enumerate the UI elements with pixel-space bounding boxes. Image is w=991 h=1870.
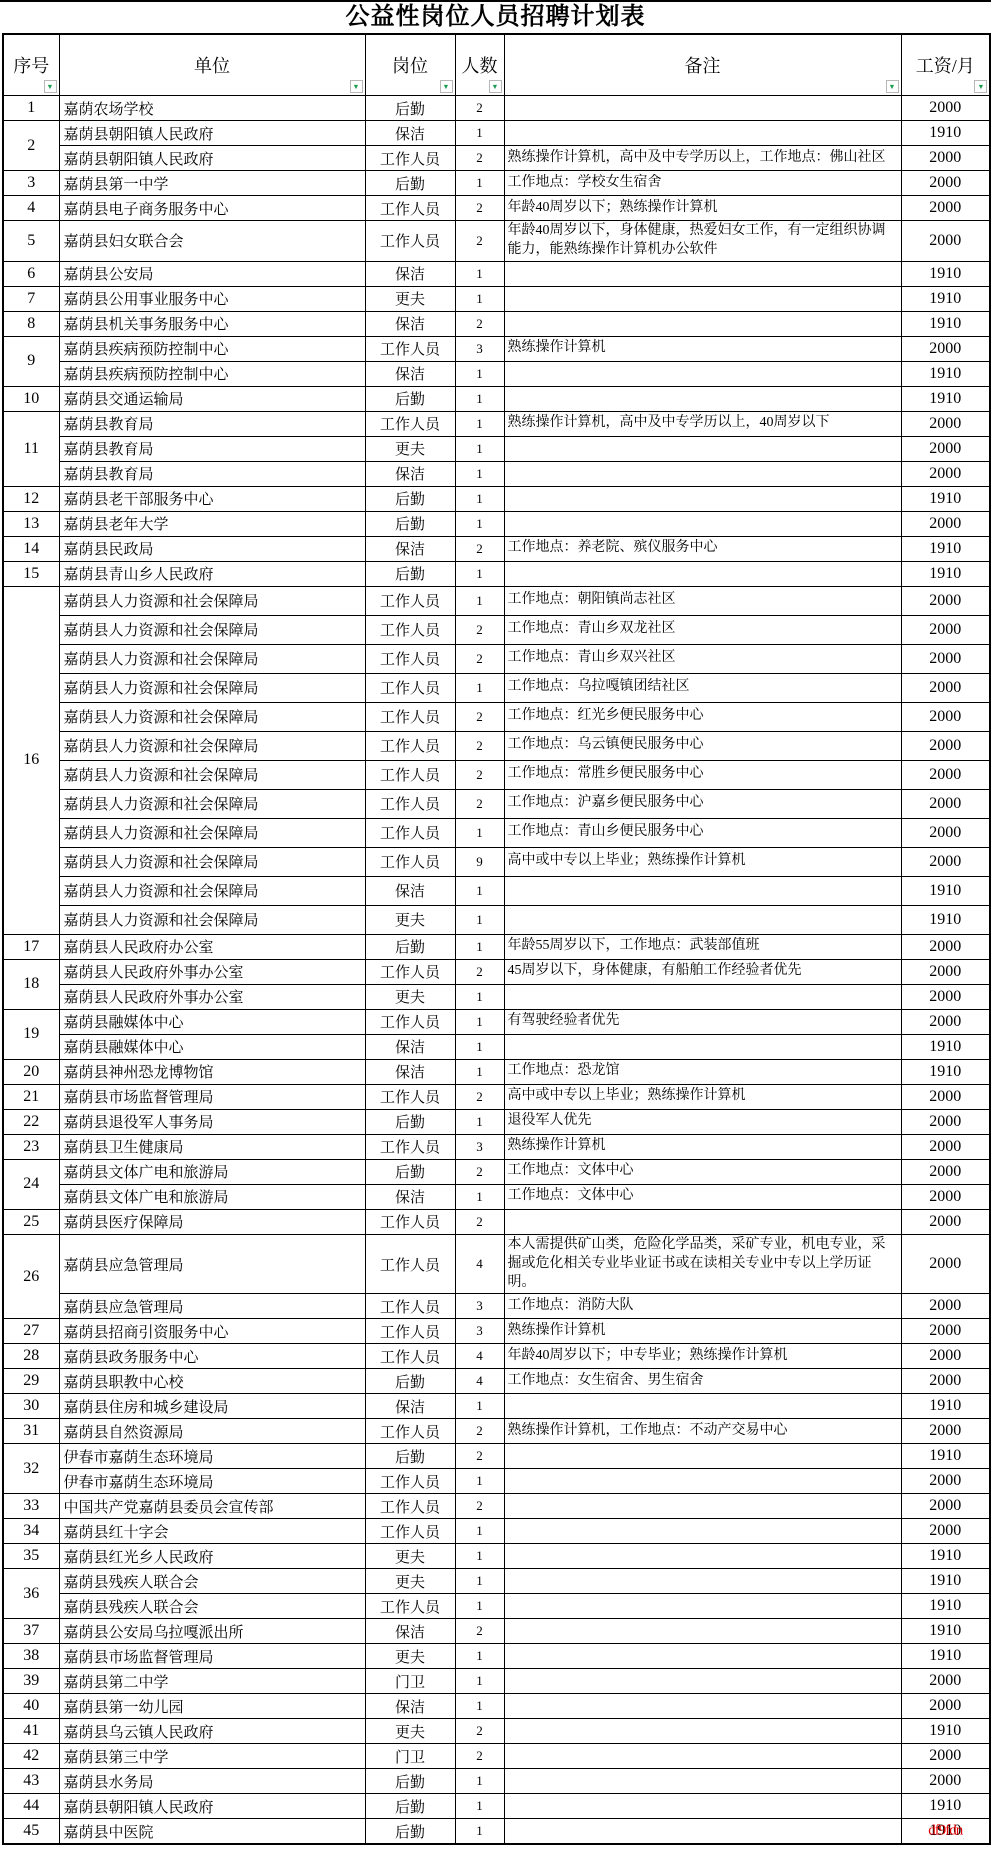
headcount-cell: 2	[455, 1619, 504, 1644]
note-cell: 工作地点：女生宿舍、男生宿舍	[504, 1369, 901, 1394]
note-cell: 工作地点：青山乡双兴社区	[504, 644, 901, 673]
table-row: 36嘉荫县残疾人联合会更夫11910	[3, 1569, 990, 1594]
table-row: 24嘉荫县文体广电和旅游局后勤2工作地点：文体中心2000	[3, 1159, 990, 1184]
note-cell	[504, 1034, 901, 1059]
unit-cell: 嘉荫县应急管理局	[59, 1294, 365, 1319]
table-row: 嘉荫县人民政府外事办公室更夫12000	[3, 984, 990, 1009]
headcount-cell: 1	[455, 1034, 504, 1059]
salary-cell: 2000	[901, 789, 990, 818]
headcount-cell: 1	[455, 1794, 504, 1819]
table-row: 45嘉荫县中医院后勤11910df9fdn	[3, 1819, 990, 1845]
salary-cell: 2000	[901, 731, 990, 760]
salary-cell: 1910	[901, 286, 990, 311]
header-row: 序号 ▼ 单位 ▼ 岗位 ▼ 人数 ▼ 备注 ▼	[3, 34, 990, 96]
row-index-cell: 38	[3, 1644, 59, 1669]
unit-cell: 嘉荫县老年大学	[59, 511, 365, 536]
header-cell-unit: 单位 ▼	[59, 34, 365, 96]
table-row: 4嘉荫县电子商务服务中心工作人员2年龄40周岁以下；熟练操作计算机2000	[3, 196, 990, 221]
post-cell: 工作人员	[365, 818, 455, 847]
unit-cell: 嘉荫县融媒体中心	[59, 1009, 365, 1034]
salary-cell: 1910	[901, 361, 990, 386]
salary-cell: 2000	[901, 1159, 990, 1184]
note-cell: 本人需提供矿山类，危险化学品类，采矿专业，机电专业，采掘或危化相关专业毕业证书或…	[504, 1234, 901, 1294]
note-cell: 工作地点：沪嘉乡便民服务中心	[504, 789, 901, 818]
post-cell: 后勤	[365, 1819, 455, 1845]
headcount-cell: 4	[455, 1234, 504, 1294]
salary-cell: 2000	[901, 1084, 990, 1109]
unit-cell: 伊春市嘉荫生态环境局	[59, 1469, 365, 1494]
table-row: 23嘉荫县卫生健康局工作人员3熟练操作计算机2000	[3, 1134, 990, 1159]
unit-cell: 嘉荫县退役军人事务局	[59, 1109, 365, 1134]
headcount-cell: 2	[455, 760, 504, 789]
row-index-cell: 22	[3, 1109, 59, 1134]
headcount-cell: 1	[455, 984, 504, 1009]
row-index-cell: 19	[3, 1009, 59, 1059]
post-cell: 工作人员	[365, 1134, 455, 1159]
table-row: 21嘉荫县市场监督管理局工作人员2高中或中专以上毕业；熟练操作计算机2000	[3, 1084, 990, 1109]
header-cell-no: 序号 ▼	[3, 34, 59, 96]
note-cell	[504, 905, 901, 934]
unit-cell: 嘉荫县公用事业服务中心	[59, 286, 365, 311]
post-cell: 更夫	[365, 984, 455, 1009]
salary-cell: 2000	[901, 673, 990, 702]
note-cell	[504, 1569, 901, 1594]
unit-cell: 嘉荫县人力资源和社会保障局	[59, 586, 365, 615]
unit-cell: 嘉荫县人力资源和社会保障局	[59, 760, 365, 789]
post-cell: 工作人员	[365, 1319, 455, 1344]
note-cell: 工作地点：养老院、殡仪服务中心	[504, 536, 901, 561]
table-row: 33中国共产党嘉荫县委员会宣传部工作人员22000	[3, 1494, 990, 1519]
post-cell: 更夫	[365, 1544, 455, 1569]
unit-cell: 嘉荫县人民政府办公室	[59, 934, 365, 959]
table-row: 嘉荫县人力资源和社会保障局工作人员2工作地点：青山乡双兴社区2000	[3, 644, 990, 673]
salary-cell: 2000	[901, 1369, 990, 1394]
header-label: 序号	[13, 56, 49, 76]
headcount-cell: 2	[455, 789, 504, 818]
table-row: 27嘉荫县招商引资服务中心工作人员3熟练操作计算机2000	[3, 1319, 990, 1344]
row-index-cell: 8	[3, 311, 59, 336]
salary-cell: 2000	[901, 171, 990, 196]
headcount-cell: 1	[455, 461, 504, 486]
headcount-cell: 1	[455, 121, 504, 146]
note-cell: 工作地点：文体中心	[504, 1159, 901, 1184]
header-label: 备注	[685, 56, 721, 76]
headcount-cell: 2	[455, 959, 504, 984]
unit-cell: 嘉荫县公安局	[59, 261, 365, 286]
post-cell: 工作人员	[365, 336, 455, 361]
salary-cell: 1910	[901, 1644, 990, 1669]
unit-cell: 嘉荫县疾病预防控制中心	[59, 336, 365, 361]
note-cell: 年龄40周岁以下；中专毕业；熟练操作计算机	[504, 1344, 901, 1369]
note-cell	[504, 1394, 901, 1419]
filter-dropdown-icon: ▼	[352, 83, 359, 90]
unit-cell: 嘉荫县中医院	[59, 1819, 365, 1845]
table-row: 11嘉荫县教育局工作人员1熟练操作计算机，高中及中专学历以上，40周岁以下200…	[3, 411, 990, 436]
row-index-cell: 42	[3, 1744, 59, 1769]
table-row: 嘉荫县人力资源和社会保障局更夫11910	[3, 905, 990, 934]
salary-cell: 2000	[901, 934, 990, 959]
post-cell: 后勤	[365, 1159, 455, 1184]
salary-cell: 1910	[901, 1594, 990, 1619]
row-index-cell: 15	[3, 561, 59, 586]
table-row: 2嘉荫县朝阳镇人民政府保洁11910	[3, 121, 990, 146]
note-cell	[504, 261, 901, 286]
post-cell: 工作人员	[365, 146, 455, 171]
filter-button[interactable]: ▼	[350, 80, 363, 93]
table-row: 42嘉荫县第三中学门卫22000	[3, 1744, 990, 1769]
headcount-cell: 1	[455, 586, 504, 615]
table-row: 嘉荫县人力资源和社会保障局工作人员9高中或中专以上毕业；熟练操作计算机2000	[3, 847, 990, 876]
unit-cell: 嘉荫县红光乡人民政府	[59, 1544, 365, 1569]
headcount-cell: 1	[455, 561, 504, 586]
unit-cell: 嘉荫县人力资源和社会保障局	[59, 818, 365, 847]
note-cell: 熟练操作计算机，高中及中专学历以上，40周岁以下	[504, 411, 901, 436]
note-cell: 高中或中专以上毕业；熟练操作计算机	[504, 1084, 901, 1109]
note-cell	[504, 511, 901, 536]
unit-cell: 嘉荫县朝阳镇人民政府	[59, 121, 365, 146]
filter-dropdown-icon: ▼	[491, 83, 498, 90]
row-index-cell: 44	[3, 1794, 59, 1819]
note-cell: 熟练操作计算机，高中及中专学历以上，工作地点：佛山社区	[504, 146, 901, 171]
unit-cell: 嘉荫县乌云镇人民政府	[59, 1719, 365, 1744]
row-index-cell: 21	[3, 1084, 59, 1109]
headcount-cell: 1	[455, 1644, 504, 1669]
unit-cell: 嘉荫县招商引资服务中心	[59, 1319, 365, 1344]
note-cell: 熟练操作计算机，工作地点：不动产交易中心	[504, 1419, 901, 1444]
note-cell	[504, 561, 901, 586]
unit-cell: 嘉荫农场学校	[59, 96, 365, 121]
post-cell: 保洁	[365, 461, 455, 486]
note-cell: 45周岁以下，身体健康，有船舶工作经验者优先	[504, 959, 901, 984]
headcount-cell: 4	[455, 1344, 504, 1369]
unit-cell: 嘉荫县人力资源和社会保障局	[59, 731, 365, 760]
note-cell: 工作地点：恐龙馆	[504, 1059, 901, 1084]
note-cell: 工作地点：朝阳镇尚志社区	[504, 586, 901, 615]
salary-cell: 2000	[901, 96, 990, 121]
salary-cell: 2000	[901, 336, 990, 361]
note-cell	[504, 121, 901, 146]
post-cell: 工作人员	[365, 1419, 455, 1444]
headcount-cell: 3	[455, 1319, 504, 1344]
unit-cell: 嘉荫县人力资源和社会保障局	[59, 905, 365, 934]
row-index-cell: 25	[3, 1209, 59, 1234]
unit-cell: 嘉荫县第一幼儿园	[59, 1694, 365, 1719]
unit-cell: 嘉荫县朝阳镇人民政府	[59, 146, 365, 171]
headcount-cell: 1	[455, 818, 504, 847]
salary-cell: 2000	[901, 1744, 990, 1769]
headcount-cell: 1	[455, 934, 504, 959]
headcount-cell: 1	[455, 261, 504, 286]
note-cell	[504, 96, 901, 121]
note-cell	[504, 486, 901, 511]
table-row: 19嘉荫县融媒体中心工作人员1有驾驶经验者优先2000	[3, 1009, 990, 1034]
post-cell: 工作人员	[365, 1009, 455, 1034]
unit-cell: 嘉荫县水务局	[59, 1769, 365, 1794]
headcount-cell: 2	[455, 1444, 504, 1469]
salary-cell: 1910	[901, 561, 990, 586]
note-cell: 年龄40周岁以下；熟练操作计算机	[504, 196, 901, 221]
row-index-cell: 4	[3, 196, 59, 221]
table-row: 嘉荫县应急管理局工作人员3工作地点：消防大队2000	[3, 1294, 990, 1319]
salary-cell: 1910	[901, 386, 990, 411]
post-cell: 工作人员	[365, 221, 455, 262]
unit-cell: 嘉荫县文体广电和旅游局	[59, 1184, 365, 1209]
table-row: 25嘉荫县医疗保障局工作人员22000	[3, 1209, 990, 1234]
salary-cell: 2000	[901, 760, 990, 789]
unit-cell: 嘉荫县民政局	[59, 536, 365, 561]
note-cell: 熟练操作计算机	[504, 336, 901, 361]
unit-cell: 嘉荫县教育局	[59, 461, 365, 486]
row-index-cell: 20	[3, 1059, 59, 1084]
note-cell	[504, 1769, 901, 1794]
note-cell	[504, 1744, 901, 1769]
row-index-cell: 16	[3, 586, 59, 934]
post-cell: 保洁	[365, 1184, 455, 1209]
row-index-cell: 12	[3, 486, 59, 511]
unit-cell: 中国共产党嘉荫县委员会宣传部	[59, 1494, 365, 1519]
table-row: 嘉荫县人力资源和社会保障局工作人员2工作地点：沪嘉乡便民服务中心2000	[3, 789, 990, 818]
table-row: 18嘉荫县人民政府外事办公室工作人员245周岁以下，身体健康，有船舶工作经验者优…	[3, 959, 990, 984]
salary-cell: 2000	[901, 644, 990, 673]
unit-cell: 嘉荫县红十字会	[59, 1519, 365, 1544]
unit-cell: 嘉荫县市场监督管理局	[59, 1644, 365, 1669]
row-index-cell: 37	[3, 1619, 59, 1644]
note-cell	[504, 876, 901, 905]
unit-cell: 嘉荫县市场监督管理局	[59, 1084, 365, 1109]
salary-cell: 2000	[901, 1234, 990, 1294]
post-cell: 保洁	[365, 361, 455, 386]
post-cell: 工作人员	[365, 1084, 455, 1109]
row-index-cell: 32	[3, 1444, 59, 1494]
table-row: 35嘉荫县红光乡人民政府更夫11910	[3, 1544, 990, 1569]
salary-cell: 1910	[901, 1059, 990, 1084]
table-row: 15嘉荫县青山乡人民政府后勤11910	[3, 561, 990, 586]
post-cell: 后勤	[365, 934, 455, 959]
row-index-cell: 7	[3, 286, 59, 311]
unit-cell: 嘉荫县卫生健康局	[59, 1134, 365, 1159]
header-cell-note: 备注 ▼	[504, 34, 901, 96]
post-cell: 保洁	[365, 876, 455, 905]
unit-cell: 嘉荫县第三中学	[59, 1744, 365, 1769]
headcount-cell: 1	[455, 673, 504, 702]
table-row: 5嘉荫县妇女联合会工作人员2年龄40周岁以下，身体健康，热爱妇女工作，有一定组织…	[3, 221, 990, 262]
post-cell: 门卫	[365, 1744, 455, 1769]
headcount-cell: 1	[455, 1569, 504, 1594]
post-cell: 后勤	[365, 171, 455, 196]
headcount-cell: 1	[455, 1394, 504, 1419]
unit-cell: 嘉荫县神州恐龙博物馆	[59, 1059, 365, 1084]
headcount-cell: 1	[455, 1694, 504, 1719]
row-index-cell: 33	[3, 1494, 59, 1519]
unit-cell: 嘉荫县人力资源和社会保障局	[59, 876, 365, 905]
table-header: 序号 ▼ 单位 ▼ 岗位 ▼ 人数 ▼ 备注 ▼	[3, 34, 990, 96]
salary-cell: 1910	[901, 1794, 990, 1819]
table-row: 嘉荫县人力资源和社会保障局保洁11910	[3, 876, 990, 905]
post-cell: 门卫	[365, 1669, 455, 1694]
table-row: 16嘉荫县人力资源和社会保障局工作人员1工作地点：朝阳镇尚志社区2000	[3, 586, 990, 615]
row-index-cell: 18	[3, 959, 59, 1009]
post-cell: 工作人员	[365, 789, 455, 818]
post-cell: 保洁	[365, 1619, 455, 1644]
note-cell	[504, 1209, 901, 1234]
row-index-cell: 23	[3, 1134, 59, 1159]
post-cell: 工作人员	[365, 959, 455, 984]
table-row: 26嘉荫县应急管理局工作人员4本人需提供矿山类，危险化学品类，采矿专业，机电专业…	[3, 1234, 990, 1294]
salary-cell: 2000	[901, 586, 990, 615]
note-cell: 工作地点：文体中心	[504, 1184, 901, 1209]
headcount-cell: 1	[455, 361, 504, 386]
post-cell: 工作人员	[365, 760, 455, 789]
table-row: 28嘉荫县政务服务中心工作人员4年龄40周岁以下；中专毕业；熟练操作计算机200…	[3, 1344, 990, 1369]
salary-cell: 1910	[901, 905, 990, 934]
row-index-cell: 28	[3, 1344, 59, 1369]
table-row: 14嘉荫县民政局保洁2工作地点：养老院、殡仪服务中心1910	[3, 536, 990, 561]
salary-cell: 1910	[901, 1544, 990, 1569]
table-row: 32伊春市嘉荫生态环境局后勤21910	[3, 1444, 990, 1469]
post-cell: 保洁	[365, 261, 455, 286]
salary-cell: 1910	[901, 1719, 990, 1744]
table-row: 13嘉荫县老年大学后勤12000	[3, 511, 990, 536]
headcount-cell: 9	[455, 847, 504, 876]
note-cell	[504, 361, 901, 386]
recruitment-plan-sheet: 公益性岗位人员招聘计划表 序号 ▼ 单位 ▼ 岗位 ▼	[0, 0, 991, 1845]
table-row: 嘉荫县融媒体中心保洁11910	[3, 1034, 990, 1059]
headcount-cell: 1	[455, 1544, 504, 1569]
table-row: 嘉荫县疾病预防控制中心保洁11910	[3, 361, 990, 386]
note-cell	[504, 984, 901, 1009]
salary-cell: 2000	[901, 1209, 990, 1234]
headcount-cell: 2	[455, 146, 504, 171]
table-row: 43嘉荫县水务局后勤12000	[3, 1769, 990, 1794]
note-cell	[504, 1669, 901, 1694]
unit-cell: 嘉荫县人力资源和社会保障局	[59, 673, 365, 702]
post-cell: 工作人员	[365, 1234, 455, 1294]
unit-cell: 嘉荫县妇女联合会	[59, 221, 365, 262]
red-watermark-text: df9fdn	[928, 1823, 962, 1840]
unit-cell: 嘉荫县人民政府外事办公室	[59, 959, 365, 984]
row-index-cell: 43	[3, 1769, 59, 1794]
post-cell: 后勤	[365, 511, 455, 536]
salary-cell: 2000	[901, 221, 990, 262]
unit-cell: 嘉荫县人力资源和社会保障局	[59, 644, 365, 673]
filter-button[interactable]: ▼	[974, 80, 987, 93]
salary-cell: 1910	[901, 1569, 990, 1594]
filter-button[interactable]: ▼	[886, 80, 899, 93]
headcount-cell: 1	[455, 1769, 504, 1794]
table-row: 嘉荫县人力资源和社会保障局工作人员2工作地点：常胜乡便民服务中心2000	[3, 760, 990, 789]
post-cell: 保洁	[365, 536, 455, 561]
row-index-cell: 26	[3, 1234, 59, 1319]
unit-cell: 嘉荫县残疾人联合会	[59, 1594, 365, 1619]
salary-cell: 2000	[901, 1009, 990, 1034]
note-cell	[504, 436, 901, 461]
unit-cell: 嘉荫县自然资源局	[59, 1419, 365, 1444]
salary-cell: 1910df9fdn	[901, 1819, 990, 1845]
salary-cell: 2000	[901, 1134, 990, 1159]
row-index-cell: 29	[3, 1369, 59, 1394]
salary-cell: 1910	[901, 536, 990, 561]
headcount-cell: 1	[455, 1819, 504, 1845]
post-cell: 更夫	[365, 1719, 455, 1744]
headcount-cell: 1	[455, 511, 504, 536]
top-divider	[0, 0, 991, 2]
unit-cell: 嘉荫县政务服务中心	[59, 1344, 365, 1369]
row-index-cell: 34	[3, 1519, 59, 1544]
row-index-cell: 30	[3, 1394, 59, 1419]
salary-cell: 2000	[901, 959, 990, 984]
filter-button[interactable]: ▼	[489, 80, 502, 93]
header-label: 单位	[194, 56, 230, 76]
headcount-cell: 1	[455, 411, 504, 436]
note-cell	[504, 1469, 901, 1494]
table-row: 40嘉荫县第一幼儿园保洁12000	[3, 1694, 990, 1719]
unit-cell: 嘉荫县青山乡人民政府	[59, 561, 365, 586]
note-cell	[504, 1644, 901, 1669]
unit-cell: 嘉荫县融媒体中心	[59, 1034, 365, 1059]
note-cell: 工作地点：青山乡双龙社区	[504, 615, 901, 644]
unit-cell: 嘉荫县第一中学	[59, 171, 365, 196]
post-cell: 工作人员	[365, 615, 455, 644]
recruitment-table: 序号 ▼ 单位 ▼ 岗位 ▼ 人数 ▼ 备注 ▼	[2, 33, 991, 1845]
salary-cell: 2000	[901, 702, 990, 731]
note-cell: 高中或中专以上毕业；熟练操作计算机	[504, 847, 901, 876]
table-row: 嘉荫县残疾人联合会工作人员11910	[3, 1594, 990, 1619]
header-cell-post: 岗位 ▼	[365, 34, 455, 96]
headcount-cell: 2	[455, 96, 504, 121]
salary-cell: 2000	[901, 1494, 990, 1519]
post-cell: 后勤	[365, 1794, 455, 1819]
headcount-cell: 1	[455, 171, 504, 196]
row-index-cell: 36	[3, 1569, 59, 1619]
note-cell	[504, 1619, 901, 1644]
table-row: 22嘉荫县退役军人事务局后勤1退役军人优先2000	[3, 1109, 990, 1134]
note-cell	[504, 1719, 901, 1744]
post-cell: 后勤	[365, 486, 455, 511]
headcount-cell: 4	[455, 1369, 504, 1394]
row-index-cell: 27	[3, 1319, 59, 1344]
row-index-cell: 45	[3, 1819, 59, 1845]
table-row: 嘉荫县文体广电和旅游局保洁1工作地点：文体中心2000	[3, 1184, 990, 1209]
salary-cell: 2000	[901, 1319, 990, 1344]
filter-button[interactable]: ▼	[440, 80, 453, 93]
filter-button[interactable]: ▼	[44, 80, 57, 93]
note-cell: 工作地点：消防大队	[504, 1294, 901, 1319]
note-cell: 工作地点：学校女生宿舍	[504, 171, 901, 196]
post-cell: 更夫	[365, 286, 455, 311]
headcount-cell: 2	[455, 1744, 504, 1769]
table-row: 38嘉荫县市场监督管理局更夫11910	[3, 1644, 990, 1669]
unit-cell: 嘉荫县人力资源和社会保障局	[59, 615, 365, 644]
headcount-cell: 1	[455, 876, 504, 905]
headcount-cell: 3	[455, 1294, 504, 1319]
headcount-cell: 2	[455, 196, 504, 221]
headcount-cell: 1	[455, 1109, 504, 1134]
note-cell: 工作地点：青山乡便民服务中心	[504, 818, 901, 847]
headcount-cell: 2	[455, 615, 504, 644]
table-row: 9嘉荫县疾病预防控制中心工作人员3熟练操作计算机2000	[3, 336, 990, 361]
salary-cell: 2000	[901, 984, 990, 1009]
salary-cell: 1910	[901, 1444, 990, 1469]
headcount-cell: 2	[455, 536, 504, 561]
salary-cell: 1910	[901, 1394, 990, 1419]
row-index-cell: 40	[3, 1694, 59, 1719]
salary-cell: 2000	[901, 461, 990, 486]
unit-cell: 嘉荫县电子商务服务中心	[59, 196, 365, 221]
headcount-cell: 2	[455, 1719, 504, 1744]
row-index-cell: 31	[3, 1419, 59, 1444]
headcount-cell: 2	[455, 221, 504, 262]
headcount-cell: 1	[455, 1669, 504, 1694]
